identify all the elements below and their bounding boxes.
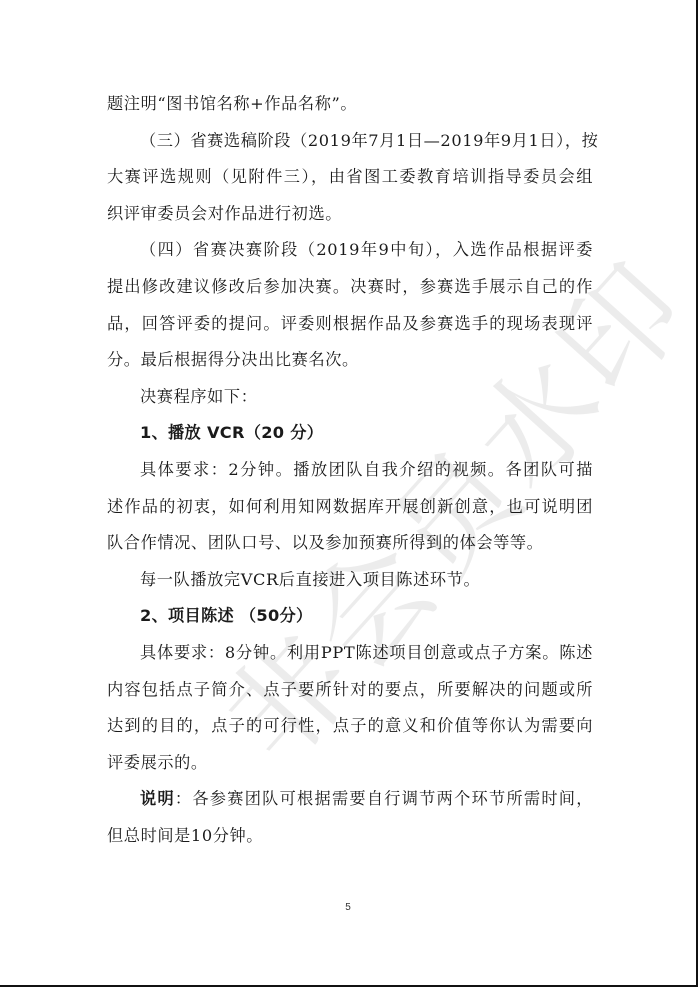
paragraph-line: 述作品的初衷，如何利用知网数据库开展创新创意，也可说明团 (107, 489, 593, 526)
note-text: ：各参赛团队可根据需要自行调节两个环节所需时间， (175, 789, 593, 808)
section-heading-vcr: 1、播放 VCR（20 分） (107, 415, 593, 452)
paragraph-line: 织评审委员会对作品进行初选。 (107, 196, 593, 233)
paragraph-line: 决赛程序如下： (107, 379, 593, 416)
section-heading-project-statement: 2、项目陈述 （50分） (107, 598, 593, 635)
paragraph-line: 达到的目的，点子的可行性，点子的意义和价值等你认为需要向 (107, 708, 593, 745)
paragraph-line: 每一队播放完VCR后直接进入项目陈述环节。 (107, 562, 593, 599)
paragraph-line: 分。最后根据得分决出比赛名次。 (107, 342, 593, 379)
paragraph-line: 提出修改建议修改后参加决赛。决赛时，参赛选手展示自己的作 (107, 269, 593, 306)
note-line: 说明：各参赛团队可根据需要自行调节两个环节所需时间， (107, 781, 593, 818)
paragraph-line: （四）省赛决赛阶段（2019年9中旬），入选作品根据评委 (107, 232, 593, 269)
page-number: 5 (0, 902, 696, 913)
note-label: 说明 (140, 789, 175, 808)
document-body: 题注明“图书馆名称+作品名称”。 （三）省赛选稿阶段（2019年7月1日—201… (107, 86, 593, 854)
document-page: 非会员水印 题注明“图书馆名称+作品名称”。 （三）省赛选稿阶段（2019年7月… (0, 0, 698, 987)
paragraph-line: 评委展示的。 (107, 745, 593, 782)
paragraph-line: 队合作情况、团队口号、以及参加预赛所得到的体会等等。 (107, 525, 593, 562)
paragraph-line: （三）省赛选稿阶段（2019年7月1日—2019年9月1日），按 (107, 123, 593, 160)
paragraph-line: 具体要求：2分钟。播放团队自我介绍的视频。各团队可描 (107, 452, 593, 489)
paragraph-line: 内容包括点子简介、点子要所针对的要点，所要解决的问题或所 (107, 672, 593, 709)
paragraph-line: 题注明“图书馆名称+作品名称”。 (107, 86, 593, 123)
paragraph-line: 大赛评选规则（见附件三），由省图工委教育培训指导委员会组 (107, 159, 593, 196)
paragraph-line: 品，回答评委的提问。评委则根据作品及参赛选手的现场表现评 (107, 306, 593, 343)
note-line: 但总时间是10分钟。 (107, 818, 593, 855)
paragraph-line: 具体要求：8分钟。利用PPT陈述项目创意或点子方案。陈述 (107, 635, 593, 672)
